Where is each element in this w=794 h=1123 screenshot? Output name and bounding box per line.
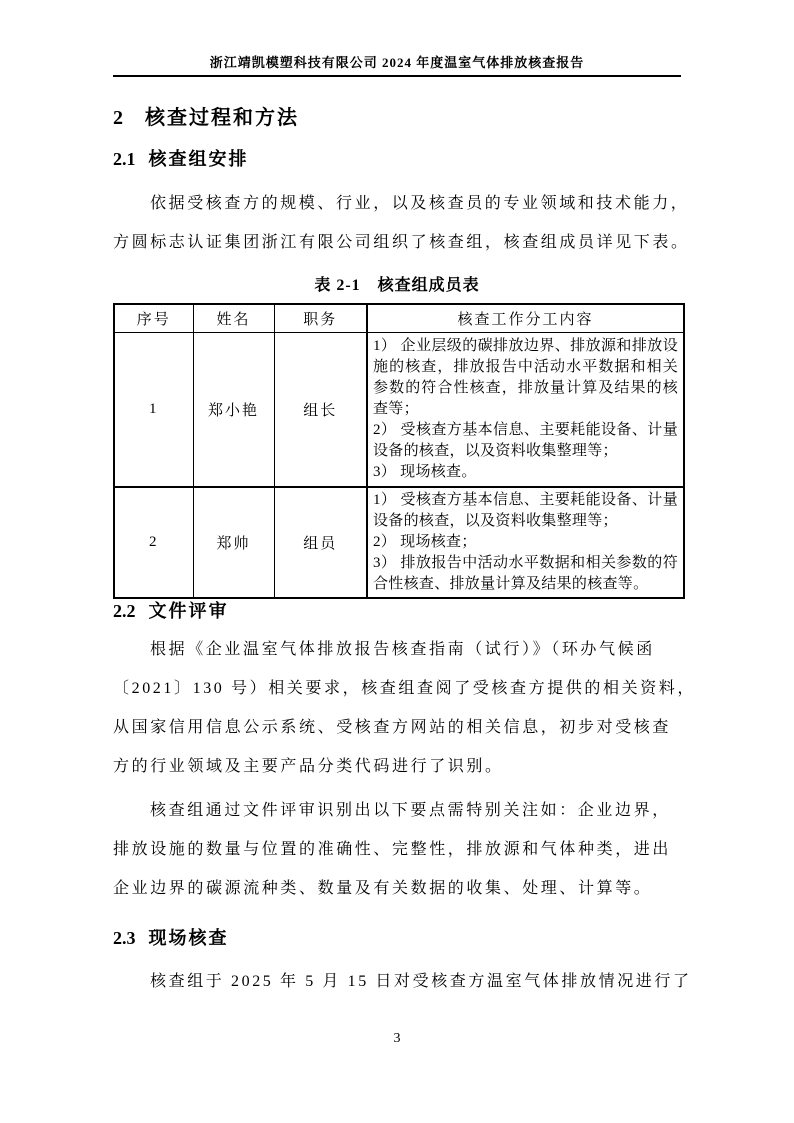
section-title: 现场核查 (149, 928, 229, 948)
col-header-role: 职务 (274, 304, 367, 333)
paragraph-onsite-verification: 核查组于 2025 年 5 月 15 日对受核查方温室气体排放情况进行了 (113, 962, 683, 1001)
col-header-duties: 核查工作分工内容 (367, 304, 684, 333)
paragraph-team-arrangement: 依据受核查方的规模、行业，以及核查员的专业领域和技术能力， 方圆标志认证集团浙江… (113, 184, 683, 262)
table-row: 2 郑帅 组员 1） 受核查方基本信息、主要耗能设备、计量设备的核查，以及资料收… (114, 487, 684, 598)
page-number: 3 (0, 1031, 794, 1047)
col-header-no: 序号 (114, 304, 193, 333)
paragraph-document-review-2: 核查组通过文件评审识别出以下要点需特别关注如：企业边界， 排放设施的数量与位置的… (113, 791, 683, 908)
section-number: 2 (113, 107, 123, 129)
col-header-name: 姓名 (193, 304, 274, 333)
paragraph-line: 方圆标志认证集团浙江有限公司组织了核查组，核查组成员详见下表。 (113, 223, 683, 262)
running-header-title: 浙江靖凯模塑科技有限公司 2024 年度温室气体排放核查报告 (113, 52, 681, 71)
header-rule (113, 75, 681, 77)
paragraph-document-review-1: 根据《企业温室气体排放报告核查指南（试行）》（环办气候函 〔2021〕130 号… (113, 630, 683, 786)
duty-item: 1） 受核查方基本信息、主要耗能设备、计量设备的核查，以及资料收集整理等； (373, 490, 678, 532)
paragraph-line: 依据受核查方的规模、行业，以及核查员的专业领域和技术能力， (113, 184, 683, 223)
duty-item: 2） 现场核查； (373, 532, 678, 553)
paragraph-line: 根据《企业温室气体排放报告核查指南（试行）》（环办气候函 (113, 630, 683, 669)
paragraph-line: 方的行业领域及主要产品分类代码进行了识别。 (113, 747, 683, 786)
paragraph-line: 排放设施的数量与位置的准确性、完整性，排放源和气体种类，进出 (113, 830, 683, 869)
cell-name: 郑小艳 (193, 333, 274, 488)
duty-item: 3） 排放报告中活动水平数据和相关参数的符合性核查、排放量计算及结果的核查等。 (373, 553, 678, 595)
duty-item: 3） 现场核查。 (373, 462, 678, 483)
table-caption: 表 2-1 核查组成员表 (113, 272, 681, 295)
cell-duties: 1） 受核查方基本信息、主要耗能设备、计量设备的核查，以及资料收集整理等； 2）… (367, 487, 684, 598)
section-number: 2.1 (113, 149, 136, 169)
duty-item: 2） 受核查方基本信息、主要耗能设备、计量设备的核查，以及资料收集整理等； (373, 420, 678, 462)
table-row: 1 郑小艳 组长 1） 企业层级的碳排放边界、排放源和排放设施的核查，排放报告中… (114, 333, 684, 488)
table-header-row: 序号 姓名 职务 核查工作分工内容 (114, 304, 684, 333)
section-heading-2-1: 2.1核查组安排 (113, 145, 249, 171)
verification-team-table: 序号 姓名 职务 核查工作分工内容 1 郑小艳 组长 1） 企业层级的碳排放边界… (113, 303, 685, 599)
cell-no: 2 (114, 487, 193, 598)
section-heading-2-3: 2.3现场核查 (113, 924, 229, 950)
cell-duties: 1） 企业层级的碳排放边界、排放源和排放设施的核查，排放报告中活动水平数据和相关… (367, 333, 684, 488)
cell-no: 1 (114, 333, 193, 488)
paragraph-line: 企业边界的碳源流种类、数量及有关数据的收集、处理、计算等。 (113, 869, 683, 908)
section-title: 核查组安排 (149, 149, 249, 169)
section-number: 2.3 (113, 928, 136, 948)
section-title: 文件评审 (149, 601, 229, 621)
section-title: 核查过程和方法 (145, 107, 299, 129)
paragraph-line: 从国家信用信息公示系统、受核查方网站的相关信息，初步对受核查 (113, 708, 683, 747)
duty-item: 1） 企业层级的碳排放边界、排放源和排放设施的核查，排放报告中活动水平数据和相关… (373, 336, 678, 420)
section-heading-2: 2核查过程和方法 (113, 101, 299, 130)
cell-role: 组员 (274, 487, 367, 598)
paragraph-line: 核查组通过文件评审识别出以下要点需特别关注如：企业边界， (113, 791, 683, 830)
document-page: 浙江靖凯模塑科技有限公司 2024 年度温室气体排放核查报告 2核查过程和方法 … (0, 0, 794, 1123)
cell-role: 组长 (274, 333, 367, 488)
paragraph-line: 〔2021〕130 号）相关要求，核查组查阅了受核查方提供的相关资料， (113, 669, 683, 708)
cell-name: 郑帅 (193, 487, 274, 598)
section-heading-2-2: 2.2文件评审 (113, 597, 229, 623)
paragraph-line: 核查组于 2025 年 5 月 15 日对受核查方温室气体排放情况进行了 (113, 962, 683, 1001)
section-number: 2.2 (113, 601, 136, 621)
